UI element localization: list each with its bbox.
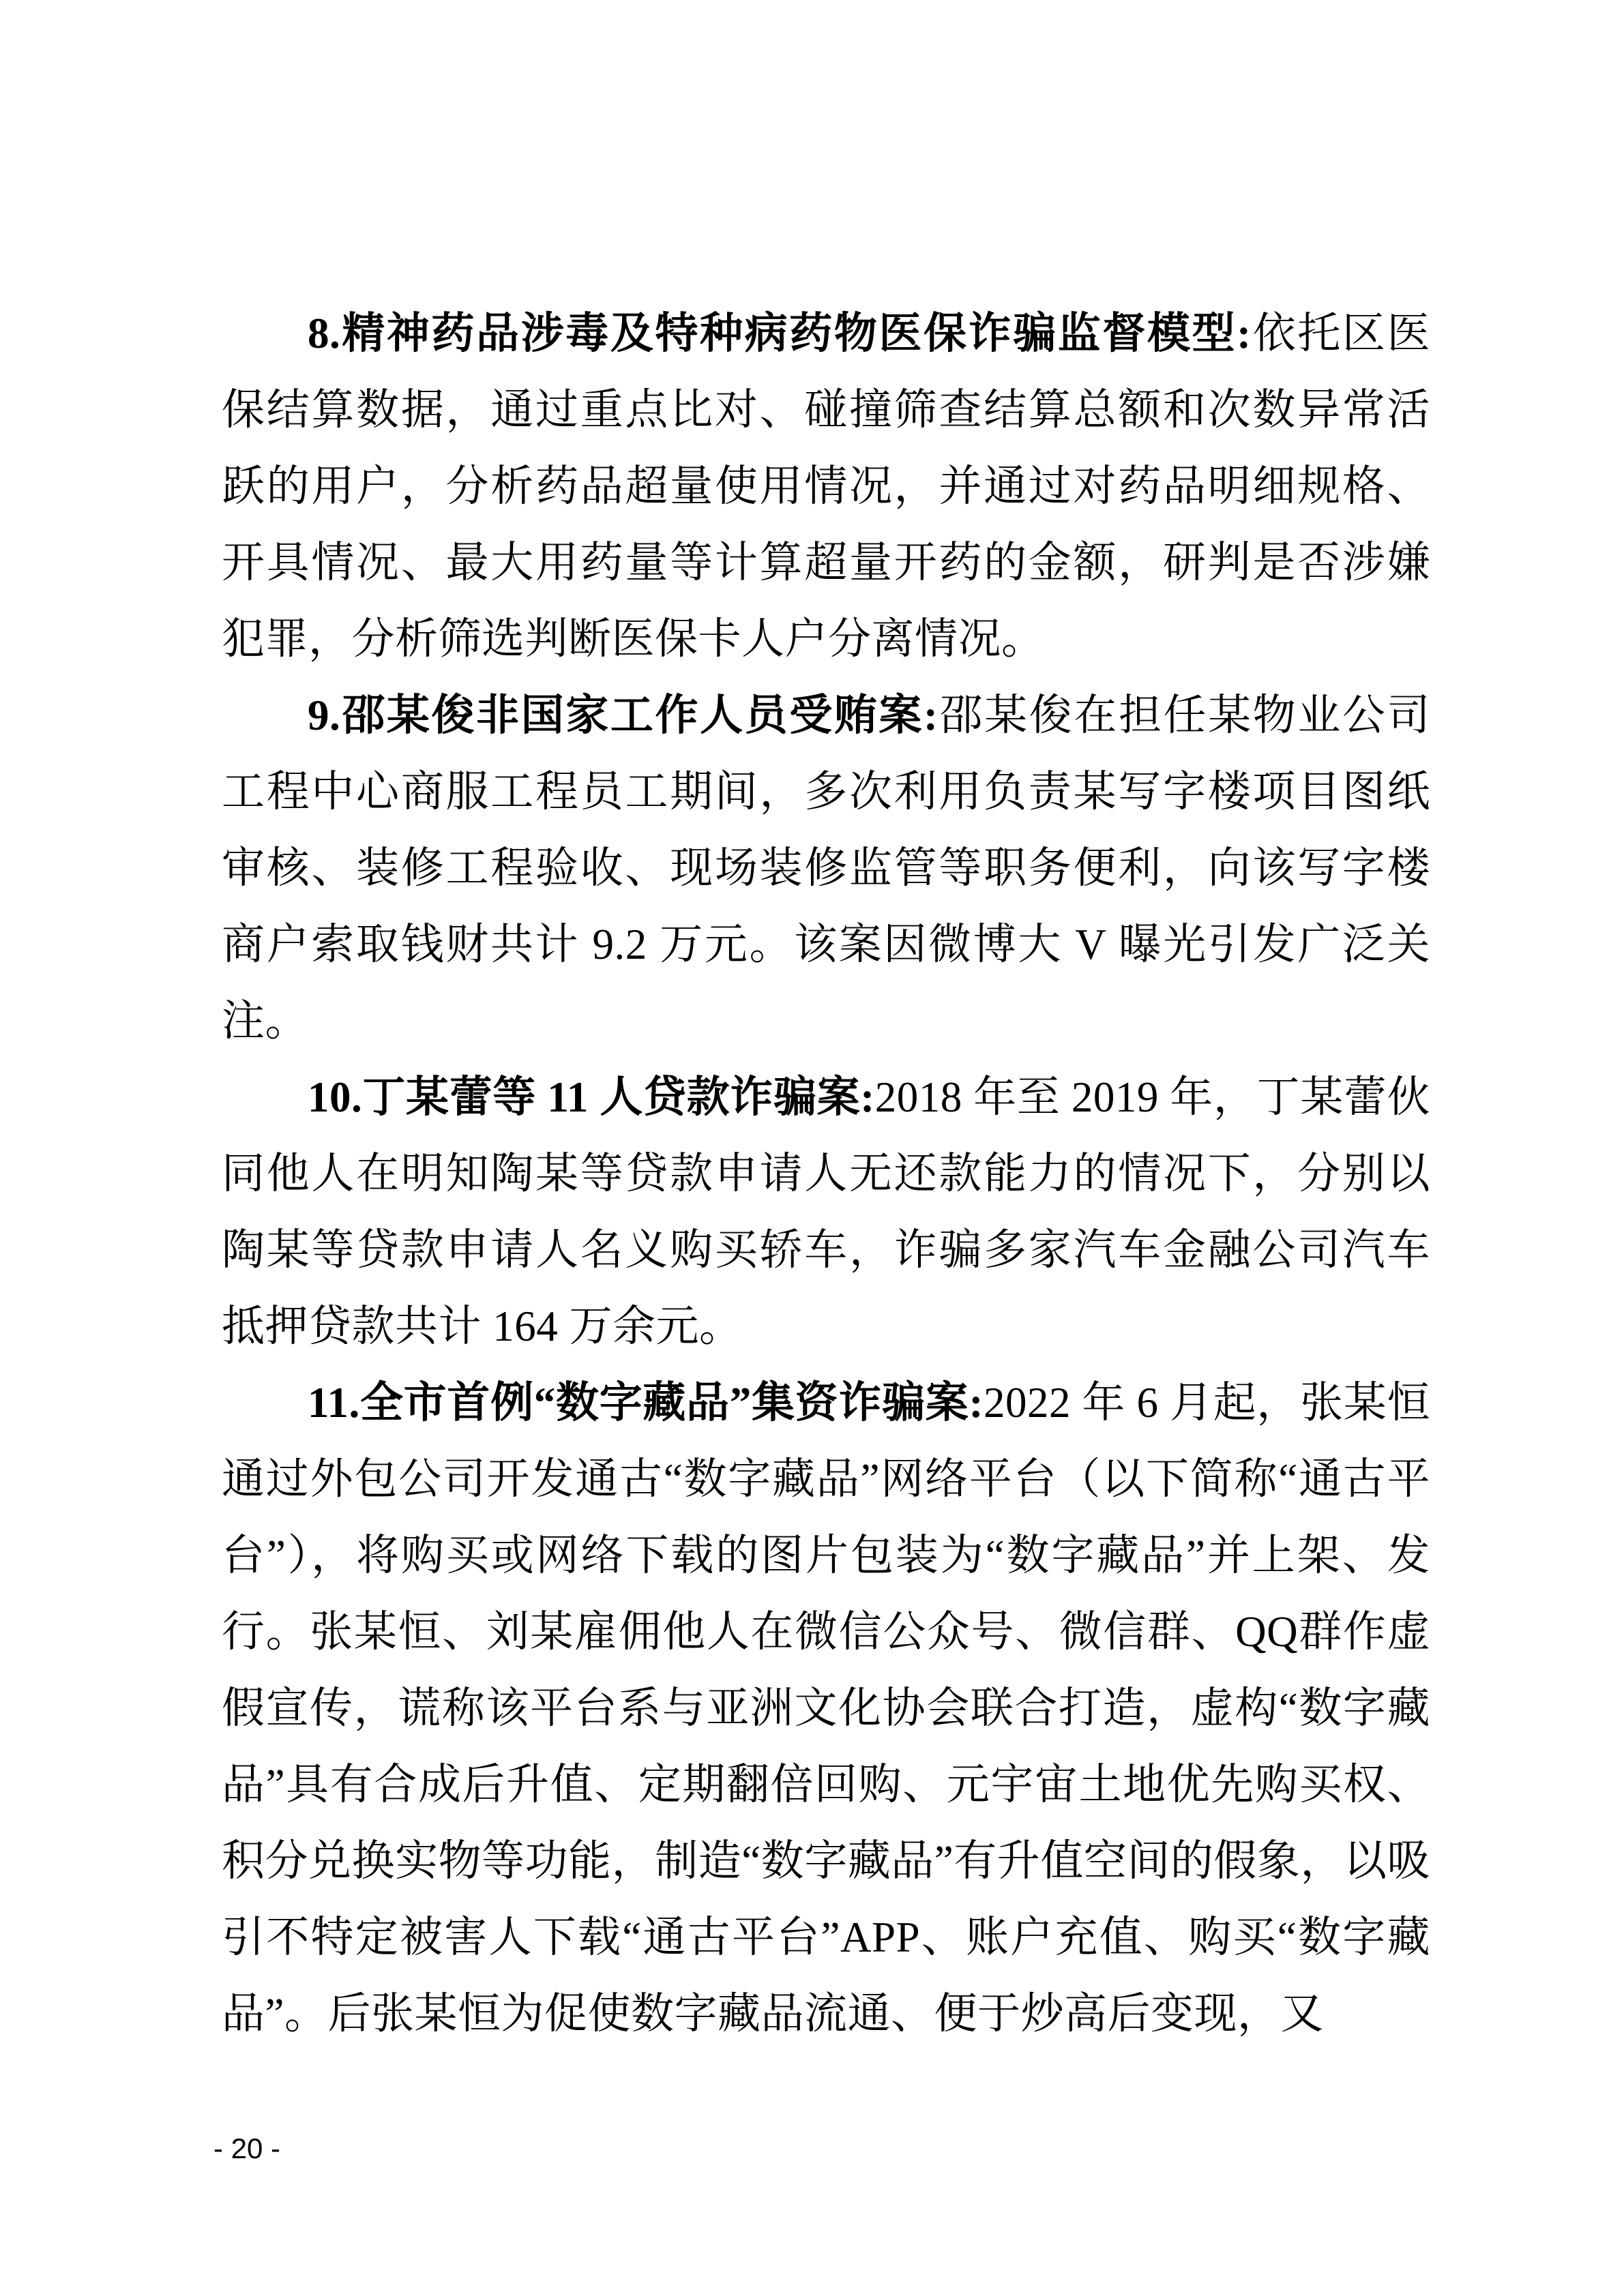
- case-heading: 11.全市首例“数字藏品”集资诈骗案:: [308, 1379, 984, 1427]
- case-body: 依托区医保结算数据，通过重点比对、碰撞筛查结算总额和次数异常活跃的用户，分析药品…: [222, 310, 1430, 663]
- page-footer: - 20 -: [0, 2133, 1624, 2174]
- document-body: 8.精神药品涉毒及特种病药物医保诈骗监督模型:依托区医保结算数据，通过重点比对、…: [222, 295, 1430, 2052]
- case-paragraph: 9.邵某俊非国家工作人员受贿案:邵某俊在担任某物业公司工程中心商服工程员工期间，…: [222, 677, 1430, 1059]
- case-body: 邵某俊在担任某物业公司工程中心商服工程员工期间，多次利用负责某写字楼项目图纸审核…: [222, 691, 1430, 1045]
- case-paragraph: 8.精神药品涉毒及特种病药物医保诈骗监督模型:依托区医保结算数据，通过重点比对、…: [222, 295, 1430, 677]
- case-heading: 10.丁某蕾等 11 人贷款诈骗案:: [308, 1073, 875, 1121]
- case-paragraph: 11.全市首例“数字藏品”集资诈骗案:2022 年 6 月起，张某恒通过外包公司…: [222, 1365, 1430, 2052]
- case-paragraph: 10.丁某蕾等 11 人贷款诈骗案:2018 年至 2019 年，丁某蕾伙同他人…: [222, 1059, 1430, 1365]
- page-number: - 20 -: [213, 2133, 280, 2164]
- document-page: 8.精神药品涉毒及特种病药物医保诈骗监督模型:依托区医保结算数据，通过重点比对、…: [0, 0, 1624, 2296]
- case-body: 2022 年 6 月起，张某恒通过外包公司开发通古“数字藏品”网络平台（以下简称…: [222, 1379, 1430, 2038]
- case-heading: 9.邵某俊非国家工作人员受贿案:: [308, 691, 939, 739]
- case-heading: 8.精神药品涉毒及特种病药物医保诈骗监督模型:: [308, 310, 1252, 357]
